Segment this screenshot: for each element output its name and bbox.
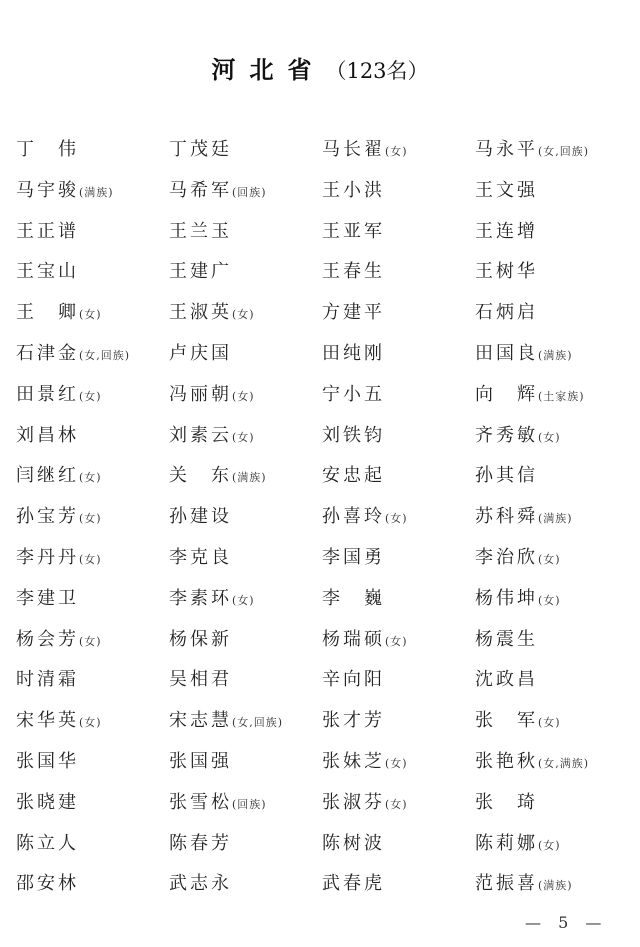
person-note: (女,回族): [538, 145, 589, 158]
list-item: 王文强: [475, 173, 628, 214]
section-title: 河北省（123名）: [0, 50, 640, 85]
person-note: (女): [538, 839, 561, 852]
list-item: 田国良(满族): [475, 336, 628, 377]
list-item: 孙其信: [475, 458, 628, 499]
person-name: 李建卫: [16, 588, 79, 609]
list-item: 王建广: [169, 254, 322, 295]
list-item: 王 卿(女): [16, 295, 169, 336]
list-item: 刘素云(女): [169, 418, 322, 459]
person-name: 孙其信: [475, 465, 538, 486]
person-note: (女): [385, 512, 408, 525]
list-item: 苏科舜(满族): [475, 499, 628, 540]
list-item: 刘昌林: [16, 418, 169, 459]
person-name: 丁 伟: [16, 139, 79, 160]
list-item: 李国勇: [322, 540, 475, 581]
person-note: (回族): [232, 186, 267, 199]
person-name: 张国强: [169, 751, 232, 772]
list-item: 丁 伟: [16, 132, 169, 173]
list-item: 陈立人: [16, 826, 169, 867]
list-item: 杨瑞硕(女): [322, 622, 475, 663]
list-item: 张国强: [169, 744, 322, 785]
person-name: 齐秀敏: [475, 425, 538, 446]
person-name: 武春虎: [322, 873, 385, 894]
person-name: 杨伟坤: [475, 588, 538, 609]
person-name: 卢庆国: [169, 343, 232, 364]
list-item: 闫继红(女): [16, 458, 169, 499]
list-item: 王正谱: [16, 214, 169, 255]
person-name: 李治欣: [475, 547, 538, 568]
person-name: 李国勇: [322, 547, 385, 568]
list-item: 张晓建: [16, 785, 169, 826]
person-name: 关 东: [169, 465, 232, 486]
list-item: 武春虎: [322, 866, 475, 907]
list-item: 冯丽朝(女): [169, 377, 322, 418]
list-item: 马希军(回族): [169, 173, 322, 214]
name-list: 丁 伟丁茂廷马长翟(女)马永平(女,回族)马宇骏(满族)马希军(回族)王小洪王文…: [16, 132, 636, 907]
list-item: 向 辉(土家族): [475, 377, 628, 418]
person-name: 陈立人: [16, 833, 79, 854]
list-item: 杨保新: [169, 622, 322, 663]
person-name: 宋华英: [16, 710, 79, 731]
person-name: 刘素云: [169, 425, 232, 446]
person-note: (女): [538, 594, 561, 607]
person-name: 杨瑞硕: [322, 629, 385, 650]
person-name: 苏科舜: [475, 506, 538, 527]
person-note: (女): [232, 594, 255, 607]
person-name: 刘昌林: [16, 425, 79, 446]
list-item: 张雪松(回族): [169, 785, 322, 826]
person-name: 王亚军: [322, 221, 385, 242]
list-item: 王小洪: [322, 173, 475, 214]
person-name: 张妹芝: [322, 751, 385, 772]
list-item: 宋华英(女): [16, 703, 169, 744]
person-name: 王树华: [475, 261, 538, 282]
list-item: 李 巍: [322, 581, 475, 622]
person-name: 冯丽朝: [169, 384, 232, 405]
person-name: 辛向阳: [322, 669, 385, 690]
person-note: (女,满族): [538, 757, 589, 770]
list-item: 石炳启: [475, 295, 628, 336]
list-item: 张艳秋(女,满族): [475, 744, 628, 785]
list-item: 时清霜: [16, 662, 169, 703]
list-item: 辛向阳: [322, 662, 475, 703]
list-item: 丁茂廷: [169, 132, 322, 173]
person-name: 王淑英: [169, 302, 232, 323]
person-name: 时清霜: [16, 669, 79, 690]
person-name: 王兰玉: [169, 221, 232, 242]
person-name: 马希军: [169, 180, 232, 201]
list-item: 吴相君: [169, 662, 322, 703]
person-note: (女): [79, 390, 102, 403]
province-name: 河北省: [211, 55, 325, 84]
list-item: 孙宝芳(女): [16, 499, 169, 540]
list-item: 王树华: [475, 254, 628, 295]
person-note: (满族): [79, 186, 114, 199]
person-note: (女,回族): [79, 349, 130, 362]
person-name: 王连增: [475, 221, 538, 242]
person-note: (女): [538, 553, 561, 566]
person-name: 李素环: [169, 588, 232, 609]
person-note: (女): [538, 431, 561, 444]
list-item: 孙建设: [169, 499, 322, 540]
person-name: 孙建设: [169, 506, 232, 527]
person-name: 马宇骏: [16, 180, 79, 201]
list-item: 张妹芝(女): [322, 744, 475, 785]
person-note: (女): [385, 798, 408, 811]
list-item: 齐秀敏(女): [475, 418, 628, 459]
person-name: 田纯刚: [322, 343, 385, 364]
list-item: 陈莉娜(女): [475, 826, 628, 867]
list-item: 王兰玉: [169, 214, 322, 255]
list-item: 张淑芬(女): [322, 785, 475, 826]
list-item: 李丹丹(女): [16, 540, 169, 581]
person-name: 宋志慧: [169, 710, 232, 731]
person-name: 张 军: [475, 710, 538, 731]
person-name: 张雪松: [169, 792, 232, 813]
person-note: (土家族): [538, 390, 585, 403]
list-item: 陈春芳: [169, 826, 322, 867]
list-item: 田纯刚: [322, 336, 475, 377]
person-name: 石炳启: [475, 302, 538, 323]
person-name: 武志永: [169, 873, 232, 894]
person-name: 陈树波: [322, 833, 385, 854]
list-item: 卢庆国: [169, 336, 322, 377]
person-note: (女): [79, 308, 102, 321]
person-note: (满族): [538, 879, 573, 892]
person-name: 田国良: [475, 343, 538, 364]
list-item: 沈政昌: [475, 662, 628, 703]
person-note: (女): [385, 757, 408, 770]
person-note: (女): [79, 512, 102, 525]
person-name: 沈政昌: [475, 669, 538, 690]
page-number: — 5 —: [525, 913, 607, 932]
person-note: (女): [79, 635, 102, 648]
person-name: 马永平: [475, 139, 538, 160]
person-note: (女): [79, 553, 102, 566]
person-note: (女): [232, 390, 255, 403]
person-name: 李丹丹: [16, 547, 79, 568]
person-name: 丁茂廷: [169, 139, 232, 160]
list-item: 陈树波: [322, 826, 475, 867]
list-item: 王宝山: [16, 254, 169, 295]
list-item: 李素环(女): [169, 581, 322, 622]
list-item: 石津金(女,回族): [16, 336, 169, 377]
person-note: (满族): [538, 512, 573, 525]
person-name: 张才芳: [322, 710, 385, 731]
person-name: 陈春芳: [169, 833, 232, 854]
list-item: 张 军(女): [475, 703, 628, 744]
person-name: 李 巍: [322, 588, 385, 609]
list-item: 范振喜(满族): [475, 866, 628, 907]
list-item: 宋志慧(女,回族): [169, 703, 322, 744]
list-item: 刘铁钧: [322, 418, 475, 459]
list-item: 杨会芳(女): [16, 622, 169, 663]
person-note: (回族): [232, 798, 267, 811]
person-note: (满族): [232, 471, 267, 484]
person-name: 张晓建: [16, 792, 79, 813]
person-name: 吴相君: [169, 669, 232, 690]
list-item: 马宇骏(满族): [16, 173, 169, 214]
person-name: 张 琦: [475, 792, 538, 813]
person-name: 王正谱: [16, 221, 79, 242]
list-item: 杨震生: [475, 622, 628, 663]
person-name: 张艳秋: [475, 751, 538, 772]
list-item: 宁小五: [322, 377, 475, 418]
person-name: 张国华: [16, 751, 79, 772]
list-item: 张 琦: [475, 785, 628, 826]
person-name: 李克良: [169, 547, 232, 568]
person-name: 王建广: [169, 261, 232, 282]
person-name: 杨保新: [169, 629, 232, 650]
person-name: 石津金: [16, 343, 79, 364]
person-name: 邵安林: [16, 873, 79, 894]
person-note: (女): [538, 716, 561, 729]
list-item: 关 东(满族): [169, 458, 322, 499]
person-name: 杨会芳: [16, 629, 79, 650]
person-name: 闫继红: [16, 465, 79, 486]
person-note: (女): [385, 635, 408, 648]
list-item: 王春生: [322, 254, 475, 295]
list-item: 王连增: [475, 214, 628, 255]
person-name: 张淑芬: [322, 792, 385, 813]
person-name: 王小洪: [322, 180, 385, 201]
list-item: 王淑英(女): [169, 295, 322, 336]
person-name: 孙宝芳: [16, 506, 79, 527]
person-note: (女): [79, 716, 102, 729]
list-item: 田景红(女): [16, 377, 169, 418]
list-item: 方建平: [322, 295, 475, 336]
person-name: 向 辉: [475, 384, 538, 405]
person-name: 杨震生: [475, 629, 538, 650]
person-note: (女,回族): [232, 716, 283, 729]
list-item: 孙喜玲(女): [322, 499, 475, 540]
person-name: 陈莉娜: [475, 833, 538, 854]
person-name: 安忠起: [322, 465, 385, 486]
list-item: 安忠起: [322, 458, 475, 499]
person-note: (女): [232, 431, 255, 444]
person-name: 马长翟: [322, 139, 385, 160]
delegate-count: （123名）: [325, 59, 428, 83]
list-item: 武志永: [169, 866, 322, 907]
person-name: 范振喜: [475, 873, 538, 894]
list-item: 邵安林: [16, 866, 169, 907]
person-name: 孙喜玲: [322, 506, 385, 527]
list-item: 张国华: [16, 744, 169, 785]
list-item: 杨伟坤(女): [475, 581, 628, 622]
person-name: 宁小五: [322, 384, 385, 405]
person-note: (女): [232, 308, 255, 321]
person-name: 方建平: [322, 302, 385, 323]
list-item: 马永平(女,回族): [475, 132, 628, 173]
list-item: 马长翟(女): [322, 132, 475, 173]
person-name: 王 卿: [16, 302, 79, 323]
person-name: 王春生: [322, 261, 385, 282]
list-item: 张才芳: [322, 703, 475, 744]
person-note: (女): [385, 145, 408, 158]
person-name: 王宝山: [16, 261, 79, 282]
list-item: 李建卫: [16, 581, 169, 622]
person-note: (满族): [538, 349, 573, 362]
list-item: 李克良: [169, 540, 322, 581]
person-note: (女): [79, 471, 102, 484]
list-item: 王亚军: [322, 214, 475, 255]
person-name: 王文强: [475, 180, 538, 201]
person-name: 刘铁钧: [322, 425, 385, 446]
person-name: 田景红: [16, 384, 79, 405]
list-item: 李治欣(女): [475, 540, 628, 581]
